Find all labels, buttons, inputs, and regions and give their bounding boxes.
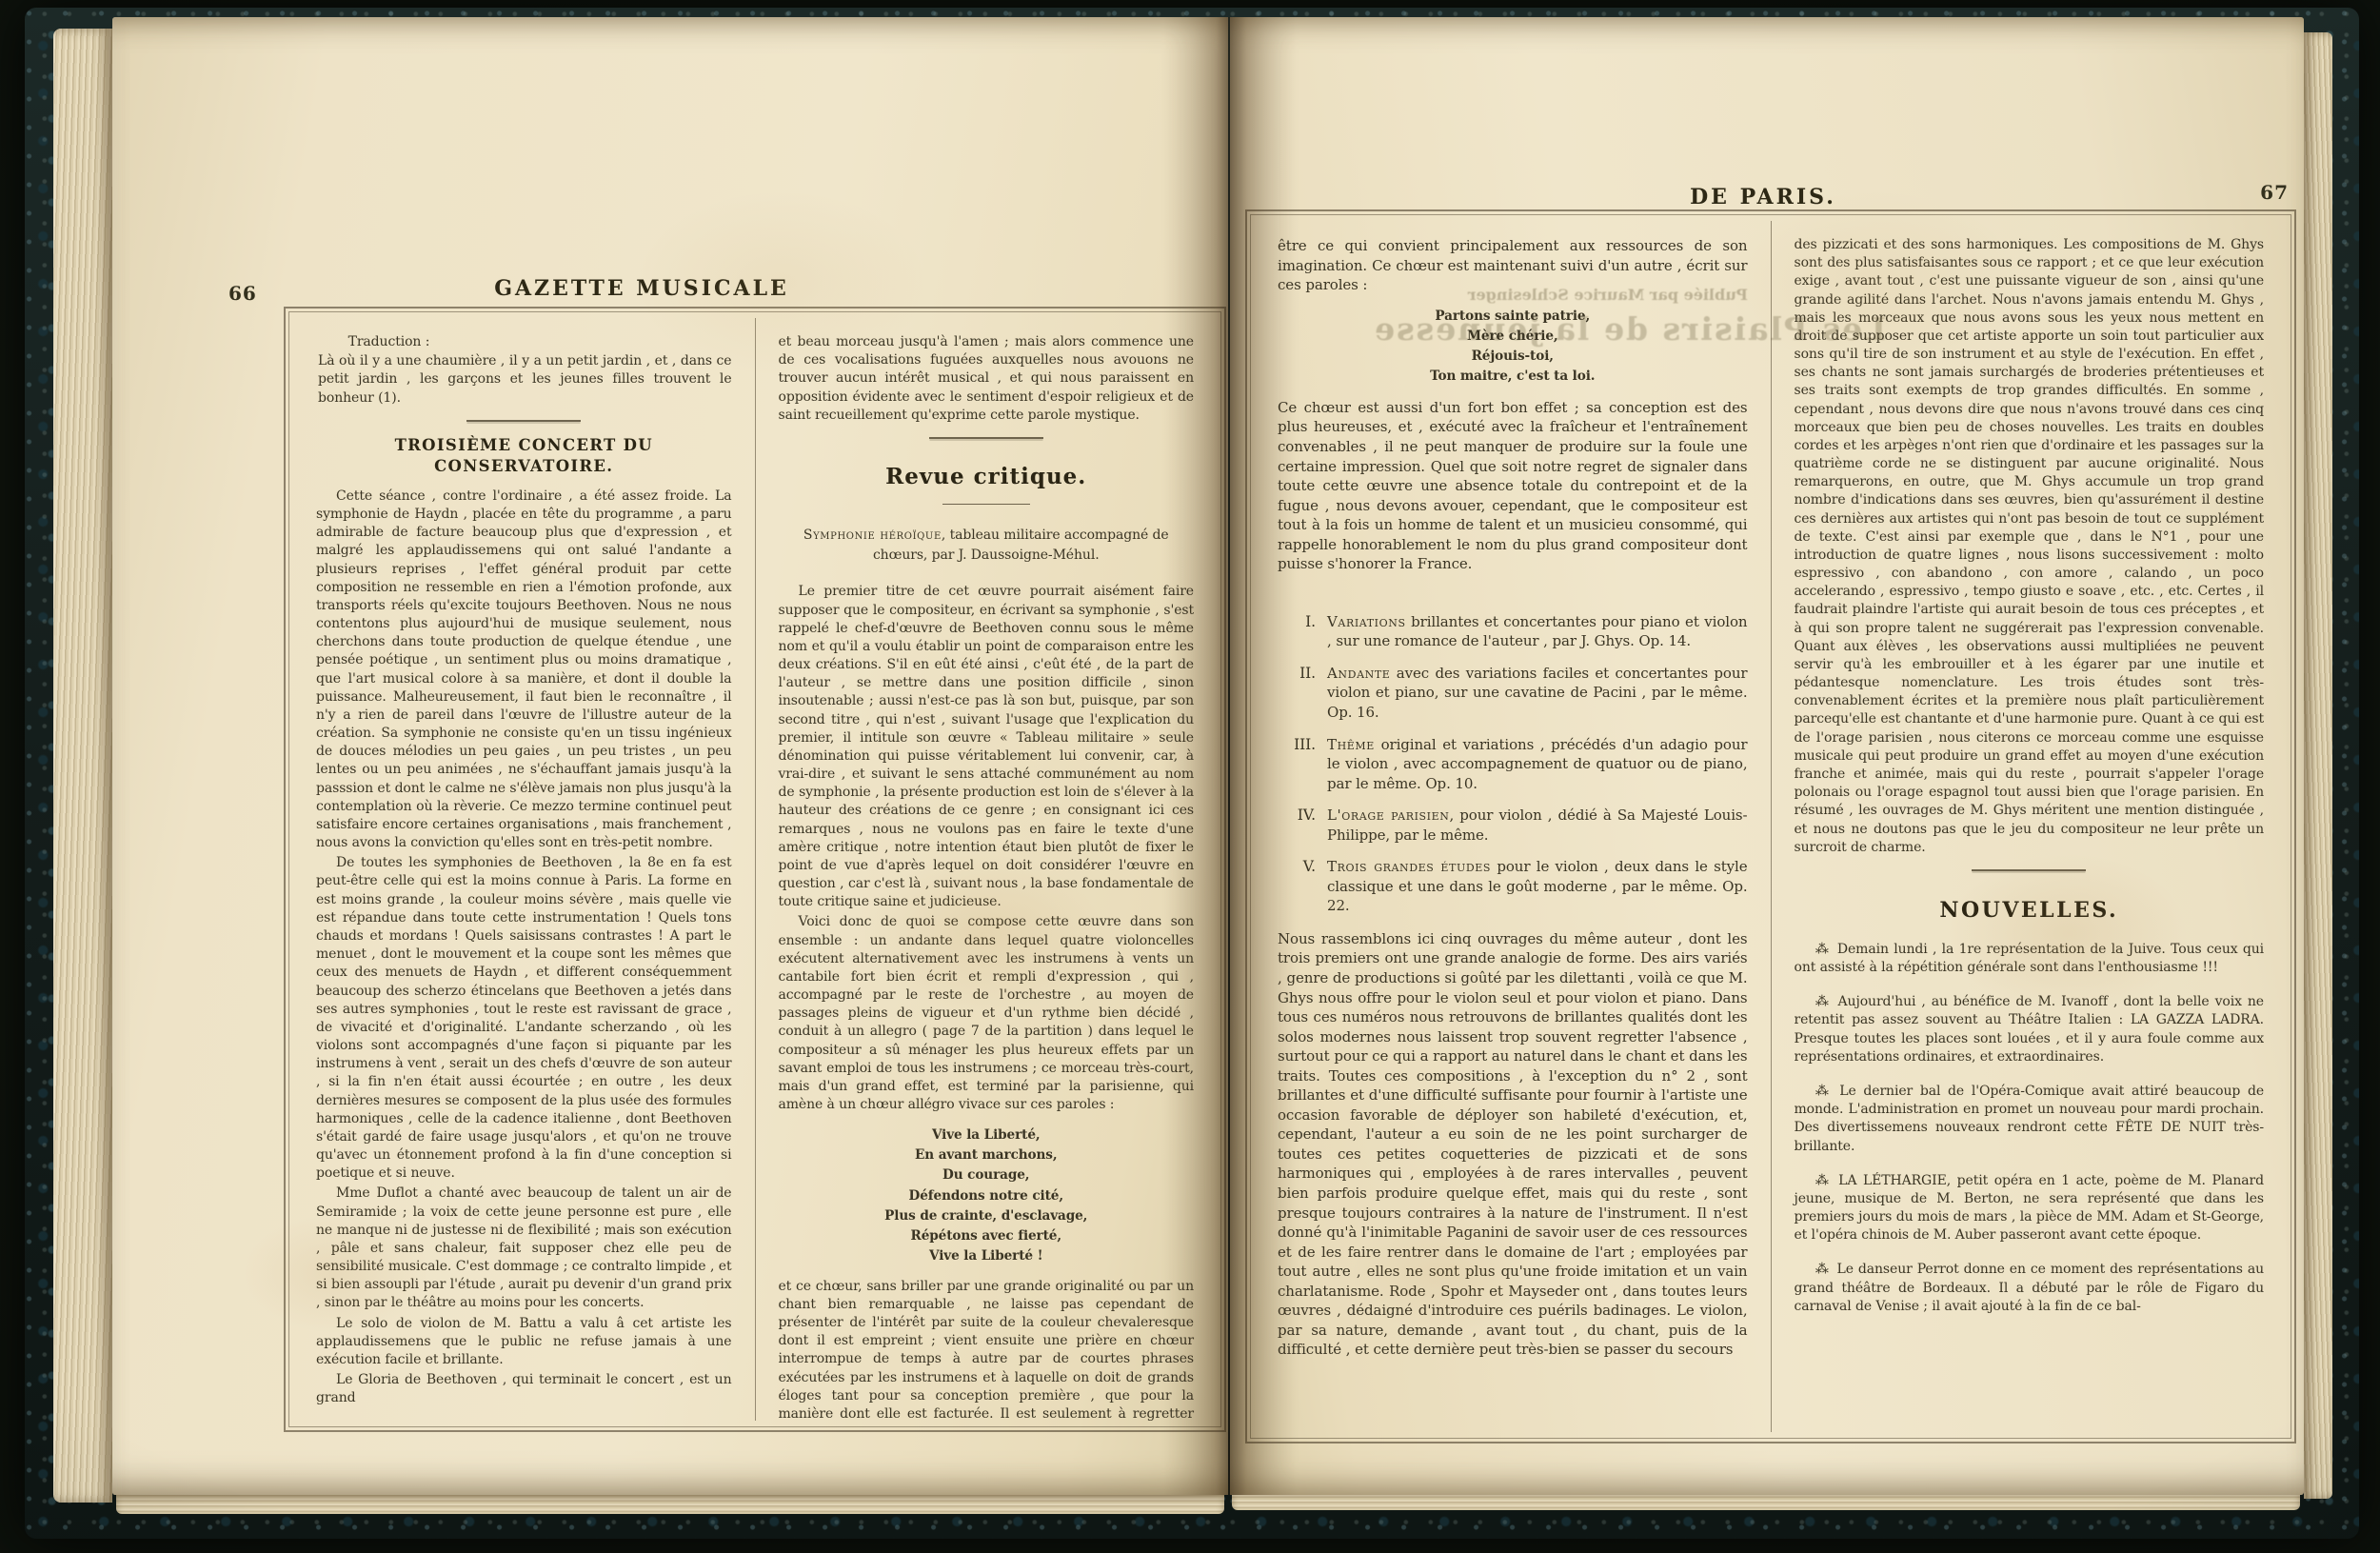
text-frame-left: Traduction : Là où il y a une chaumière … [284,307,1226,1432]
news-item: ⁂LA LÉTHARGIE, petit opéra en 1 acte, po… [1795,1172,2265,1245]
news-item-text: LA LÉTHARGIE, petit opéra en 1 acte, poè… [1795,1173,2265,1244]
section-title-nouvelles: NOUVELLES. [1795,896,2265,925]
work-entry: Variations brillantes et concertantes po… [1327,612,1748,651]
work-entry-lead: L'orage parisien [1327,806,1449,824]
asterism-icon: ⁂ [1815,1084,1833,1099]
work-entry: Trois grandes études pour le violon , de… [1327,857,1748,916]
paragraph: Le premier titre de cet œuvre pourrait a… [779,583,1195,911]
verse-line: Partons sainte patrie, [1278,307,1748,327]
verse-line: Vive la Liberté ! [779,1246,1195,1266]
verse-line: Défendons notre cité, [779,1186,1195,1206]
section-title-revue-critique: Revue critique. [779,462,1195,492]
page-number-left: 66 [228,282,257,305]
news-item-text: Le dernier bal de l'Opéra-Comique avait … [1795,1084,2265,1154]
book: 66 GAZETTE MUSICALE Traduction : Là où i… [25,8,2359,1539]
verse-line: Ton maitre, c'est ta loi. [1278,367,1748,387]
roman-numeral: IV. [1278,806,1327,845]
work-entry-rest: avec des variations faciles et concertan… [1327,665,1748,721]
work-entry: L'orage parisien, pour violon , dédié à … [1327,806,1748,845]
running-head-right: DE PARIS. [1690,185,1836,209]
verse-line: Du courage, [779,1165,1195,1185]
verse-line: Plus de crainte, d'esclavage, [779,1206,1195,1226]
article-title: TROISIÈME CONCERT DU CONSERVATOIRE. [316,435,732,478]
divider-rule [1972,869,2086,871]
work-heading-lead: Symphonie héroïque [803,528,942,543]
news-item-text: Demain lundi , la 1re représentation de … [1795,942,2265,975]
page-left: 66 GAZETTE MUSICALE Traduction : Là où i… [112,17,1228,1495]
news-item: ⁂Le danseur Perrot donne en ce moment de… [1795,1261,2265,1316]
list-item: III. Thême original et variations , préc… [1278,735,1748,794]
work-entry: Andante avec des variations faciles et c… [1327,664,1748,723]
text-frame-right: être ce qui convient principalement aux … [1245,209,2296,1443]
traduction-label: Traduction : [316,333,732,351]
paragraph: des pizzicati et des sons harmoniques. L… [1795,236,2265,857]
work-entry: Thême original et variations , précédés … [1327,735,1748,794]
page-stack-bottom-left [116,1493,1224,1514]
work-heading: Symphonie héroïque, tableau militaire ac… [784,526,1189,566]
list-item: V. Trois grandes études pour le violon ,… [1278,857,1748,916]
paragraph: Cette séance , contre l'ordinaire , a ét… [316,488,732,852]
paragraph: et beau morceau jusqu'à l'amen ; mais al… [779,333,1195,425]
column-right-2: des pizzicati et des sons harmoniques. L… [1771,221,2288,1432]
asterism-icon: ⁂ [1815,1173,1832,1188]
list-item: II. Andante avec des variations faciles … [1278,664,1748,723]
work-entry-lead: Thême [1327,736,1375,753]
columns-left-page: Traduction : Là où il y a une chaumière … [293,318,1217,1421]
paragraph: Le solo de violon de M. Battu a valu â c… [316,1315,732,1370]
paragraph: De toutes les symphonies de Beethoven , … [316,854,732,1183]
column-right-1: être ce qui convient principalement aux … [1255,221,1771,1432]
page-number-right: 67 [2260,181,2289,204]
divider-rule [929,437,1043,439]
page-stack-left-edge [53,29,112,1503]
paragraph: Le Gloria de Beethoven , qui terminait l… [316,1371,732,1407]
verse-line: Répétons avec fierté, [779,1226,1195,1246]
news-item-text: Le danseur Perrot donne en ce moment des… [1795,1262,2265,1313]
news-item: ⁂Aujourd'hui , au bénéfice de M. Ivanoff… [1795,993,2265,1066]
asterism-icon: ⁂ [1815,1262,1831,1277]
verse-vive-la-liberte: Vive la Liberté, En avant marchons, Du c… [779,1125,1195,1265]
column-left-1: Traduction : Là où il y a une chaumière … [293,318,755,1421]
work-entry-rest: original et variations , précédés d'un a… [1327,736,1748,792]
asterism-icon: ⁂ [1815,994,1832,1009]
work-entry-lead: Variations [1327,613,1406,630]
page-right: Publiée par Maurice Schlesinger Les Plai… [1230,17,2304,1495]
paragraph: être ce qui convient principalement aux … [1278,236,1748,295]
paragraph: Nous rassemblons ici cinq ouvrages du mê… [1278,929,1748,1360]
page-stack-right-edge [2304,32,2332,1499]
column-left-2: et beau morceau jusqu'à l'amen ; mais al… [755,318,1218,1421]
photo-background: 66 GAZETTE MUSICALE Traduction : Là où i… [0,0,2380,1553]
verse-line: Vive la Liberté, [779,1125,1195,1145]
work-list: I. Variations brillantes et concertantes… [1278,612,1748,916]
traduction-text: Là où il y a une chaumière , il y a un p… [316,352,732,408]
list-item: IV. L'orage parisien, pour violon , dédi… [1278,806,1748,845]
roman-numeral: I. [1278,612,1327,651]
work-entry-lead: Trois grandes études [1327,858,1491,875]
news-item-text: Aujourd'hui , au bénéfice de M. Ivanoff … [1795,994,2265,1065]
divider-rule [466,420,581,422]
paragraph: Ce chœur est aussi d'un fort bon effet ;… [1278,398,1748,574]
news-item: ⁂Demain lundi , la 1re représentation de… [1795,941,2265,977]
paragraph: et ce chœur, sans briller par une grande… [779,1278,1195,1421]
running-head-left: GAZETTE MUSICALE [494,276,789,301]
list-item: I. Variations brillantes et concertantes… [1278,612,1748,651]
asterism-icon: ⁂ [1815,942,1831,957]
paragraph: Mme Duflot a chanté avec beaucoup de tal… [316,1185,732,1312]
roman-numeral: II. [1278,664,1327,723]
work-entry-lead: Andante [1327,665,1390,682]
verse-partons-sainte-patrie: Partons sainte patrie, Mère chérie, Réjo… [1278,307,1748,387]
divider-rule [942,504,1030,505]
verse-line: En avant marchons, [779,1145,1195,1165]
roman-numeral: V. [1278,857,1327,916]
roman-numeral: III. [1278,735,1327,794]
columns-right-page: être ce qui convient principalement aux … [1255,221,2287,1432]
news-item: ⁂Le dernier bal de l'Opéra-Comique avait… [1795,1083,2265,1156]
verse-line: Réjouis-toi, [1278,347,1748,367]
verse-line: Mère chérie, [1278,327,1748,347]
paragraph: Voici donc de quoi se compose cette œuvr… [779,913,1195,1114]
